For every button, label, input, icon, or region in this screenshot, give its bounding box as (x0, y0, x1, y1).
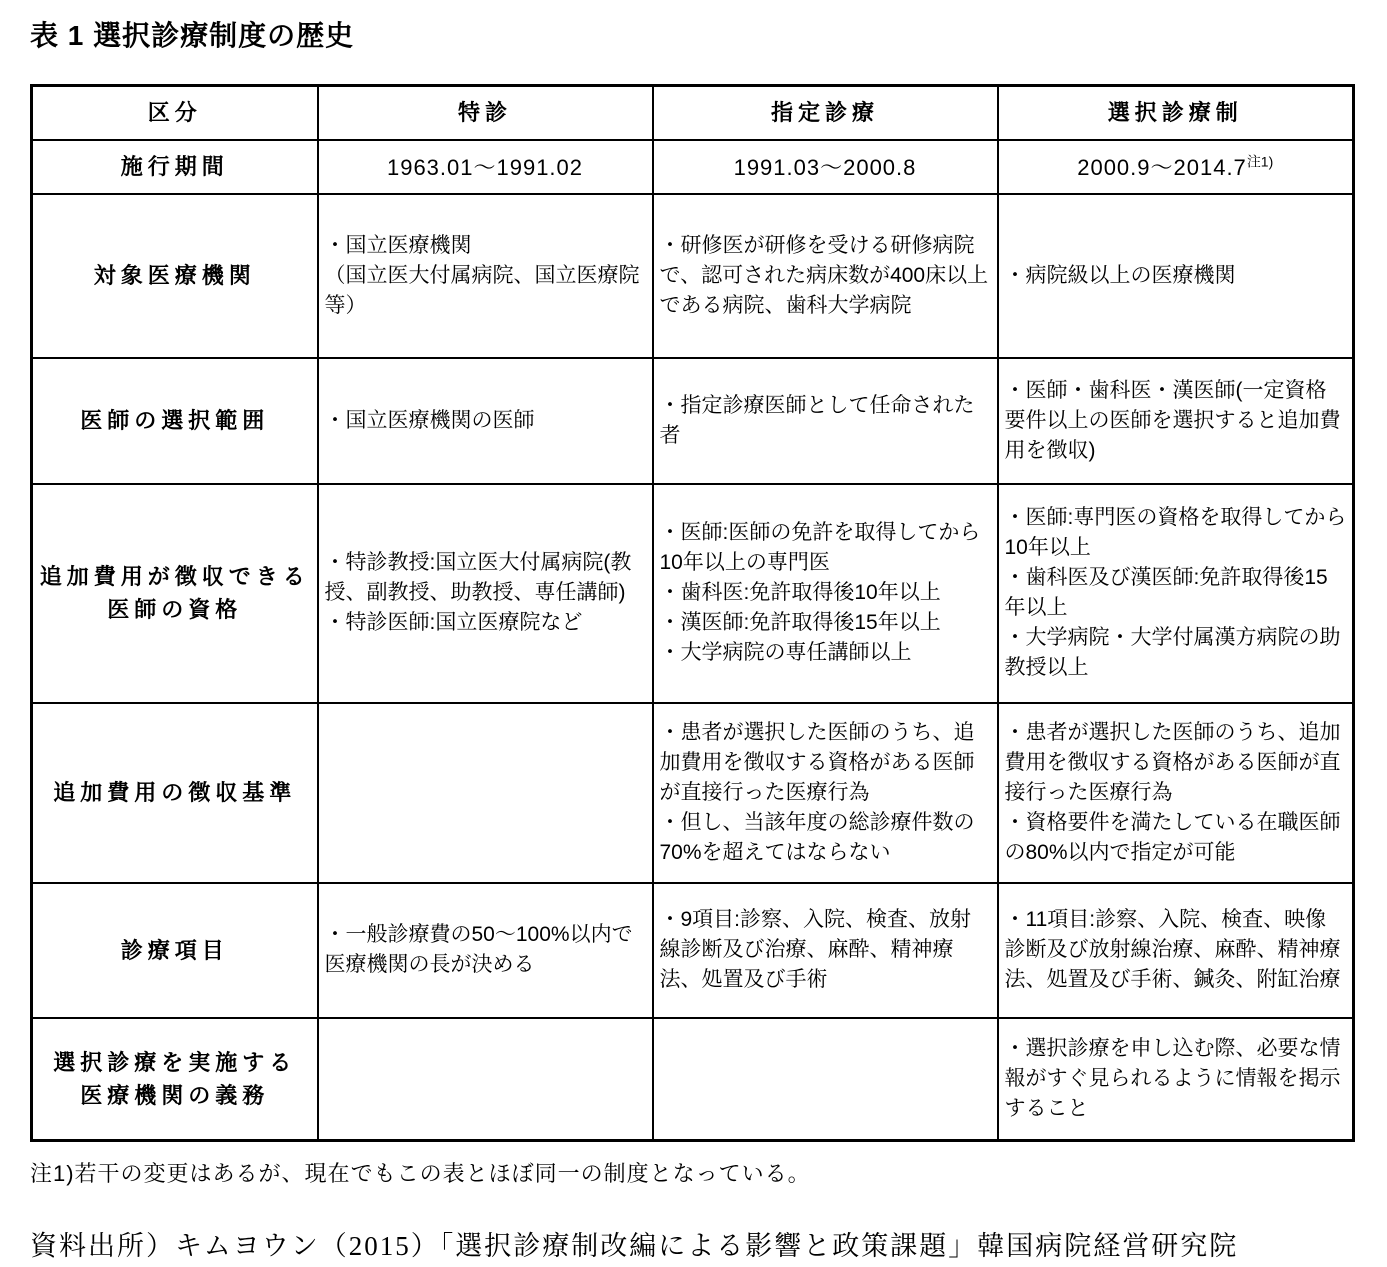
period-shitei: 1991.03～2000.8 (653, 140, 998, 194)
document-page: 表 1 選択診療制度の歴史 区分 特診 指定診療 選択診療制 施行期間 1963… (0, 0, 1387, 1267)
row-doctor-selection-range: 医師の選択範囲 ・国立医療機関の医師 ・指定診療医師として任命された者 ・医師・… (32, 358, 1354, 484)
cell-items-tokushin: ・一般診療費の50～100%以内で医療機関の長が決める (318, 883, 653, 1018)
row-doctor-qualifications: 追加費用が徴収できる 医師の資格 ・特診教授:国立医大付属病院(教授、副教授、助… (32, 484, 1354, 703)
cell-target-tokushin: ・国立医療機関 （国立医大付属病院、国立医療院等） (318, 194, 653, 358)
table-header-row: 区分 特診 指定診療 選択診療制 (32, 86, 1354, 140)
cell-standards-tokushin-empty (318, 703, 653, 883)
page-title: 表 1 選択診療制度の歴史 (30, 14, 1387, 54)
column-header-special-treatment: 特診 (318, 86, 653, 140)
row-label-fee-collection-standards: 追加費用の徴収基準 (32, 703, 318, 883)
column-header-designated-care: 指定診療 (653, 86, 998, 140)
row-label-institution-obligations: 選択診療を実施する 医療機関の義務 (32, 1018, 318, 1141)
source-citation: 資料出所）キムヨウン（2015）「選択診療制改編による影響と政策課題」韓国病院経… (30, 1224, 1387, 1263)
period-tokushin: 1963.01～1991.02 (318, 140, 653, 194)
row-label-treatment-items: 診療項目 (32, 883, 318, 1018)
period-sentaku-value: 2000.9～2014.7 (1077, 155, 1247, 180)
row-label-doctor-qualifications: 追加費用が徴収できる 医師の資格 (32, 484, 318, 703)
cell-qualifications-tokushin: ・特診教授:国立医大付属病院(教授、副教授、助教授、専任講師) ・特診医師:国立… (318, 484, 653, 703)
cell-obligations-shitei-empty (653, 1018, 998, 1141)
cell-target-sentaku: ・病院級以上の医療機関 (998, 194, 1354, 358)
row-label-doctor-selection-range: 医師の選択範囲 (32, 358, 318, 484)
cell-target-shitei: ・研修医が研修を受ける研修病院で、認可された病床数が400床以上である病院、歯科… (653, 194, 998, 358)
cell-selection-sentaku: ・医師・歯科医・漢医師(一定資格要件以上の医師を選択すると追加費用を徴収) (998, 358, 1354, 484)
cell-items-sentaku: ・11項目:診察、入院、検査、映像診断及び放射線治療、麻酔、精神療法、処置及び手… (998, 883, 1354, 1018)
table-footnote: 注1)若干の変更はあるが、現在でもこの表とほぼ同一の制度となっている。 (30, 1157, 1387, 1188)
row-label-target-institutions: 対象医療機関 (32, 194, 318, 358)
selective-care-history-table: 区分 特診 指定診療 選択診療制 施行期間 1963.01～1991.02 19… (30, 84, 1355, 1142)
cell-standards-shitei: ・患者が選択した医師のうち、追加費用を徴収する資格がある医師が直接行った医療行為… (653, 703, 998, 883)
row-institution-obligations: 選択診療を実施する 医療機関の義務 ・選択診療を申し込む際、必要な情報がすぐ見ら… (32, 1018, 1354, 1141)
cell-obligations-sentaku: ・選択診療を申し込む際、必要な情報がすぐ見られるように情報を掲示すること (998, 1018, 1354, 1141)
cell-qualifications-sentaku: ・医師:専門医の資格を取得してから10年以上 ・歯科医及び漢医師:免許取得後15… (998, 484, 1354, 703)
row-enforcement-period: 施行期間 1963.01～1991.02 1991.03～2000.8 2000… (32, 140, 1354, 194)
row-label-enforcement-period: 施行期間 (32, 140, 318, 194)
period-sentaku: 2000.9～2014.7注1) (998, 140, 1354, 194)
row-treatment-items: 診療項目 ・一般診療費の50～100%以内で医療機関の長が決める ・9項目:診察… (32, 883, 1354, 1018)
column-header-category: 区分 (32, 86, 318, 140)
cell-standards-sentaku: ・患者が選択した医師のうち、追加費用を徴収する資格がある医師が直接行った医療行為… (998, 703, 1354, 883)
footnote-reference: 注1) (1247, 154, 1273, 170)
cell-selection-shitei: ・指定診療医師として任命された者 (653, 358, 998, 484)
row-fee-collection-standards: 追加費用の徴収基準 ・患者が選択した医師のうち、追加費用を徴収する資格がある医師… (32, 703, 1354, 883)
column-header-selective-care-system: 選択診療制 (998, 86, 1354, 140)
cell-obligations-tokushin-empty (318, 1018, 653, 1141)
cell-selection-tokushin: ・国立医療機関の医師 (318, 358, 653, 484)
row-target-institutions: 対象医療機関 ・国立医療機関 （国立医大付属病院、国立医療院等） ・研修医が研修… (32, 194, 1354, 358)
cell-qualifications-shitei: ・医師:医師の免許を取得してから10年以上の専門医 ・歯科医:免許取得後10年以… (653, 484, 998, 703)
cell-items-shitei: ・9項目:診察、入院、検査、放射線診断及び治療、麻酔、精神療法、処置及び手術 (653, 883, 998, 1018)
